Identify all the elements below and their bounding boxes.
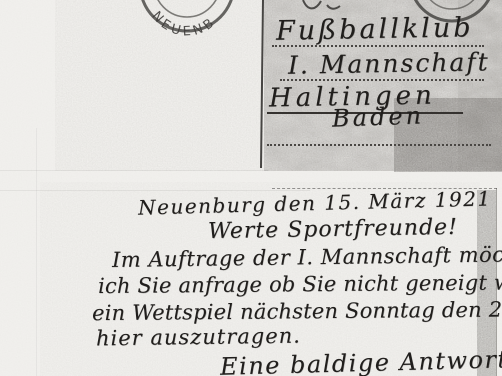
address-rule-2: I. Mannschaft: [280, 49, 484, 81]
letter-body-line: ich Sie anfrage ob Sie nicht geneigt wär…: [98, 272, 502, 297]
letter-body-line: ein Wettspiel nächsten Sonntag den 20 Mä…: [92, 299, 502, 324]
address-line-team: I. Mannschaft: [288, 49, 490, 78]
address-line-club: Fußballklub: [276, 14, 474, 44]
fold-crease: [0, 170, 268, 171]
letter-salutation: Werte Sportfreunde!: [208, 217, 458, 243]
postcard-address-section: Fußballklub I. Mannschaft Haltingen Bade…: [0, 0, 502, 172]
letter-body-line: Im Auftrage der I. Mannschaft möchte: [112, 244, 502, 271]
address-rule-4: [267, 144, 491, 146]
letter-closing-line: Eine baldige Antwort: [220, 347, 502, 376]
address-line-region: Baden: [332, 103, 425, 130]
address-rule-1: Fußballklub: [272, 14, 484, 47]
letter-dateline: Neuenburg den 15. März 1921: [138, 188, 492, 217]
scanned-postcard-document: NEUENB Fußballklub I. Mannschaft Halting…: [0, 0, 502, 376]
letter-body-line: hier auszutragen.: [96, 326, 301, 350]
letter-section: Neuenburg den 15. März 1921 Werte Sportf…: [0, 185, 502, 376]
